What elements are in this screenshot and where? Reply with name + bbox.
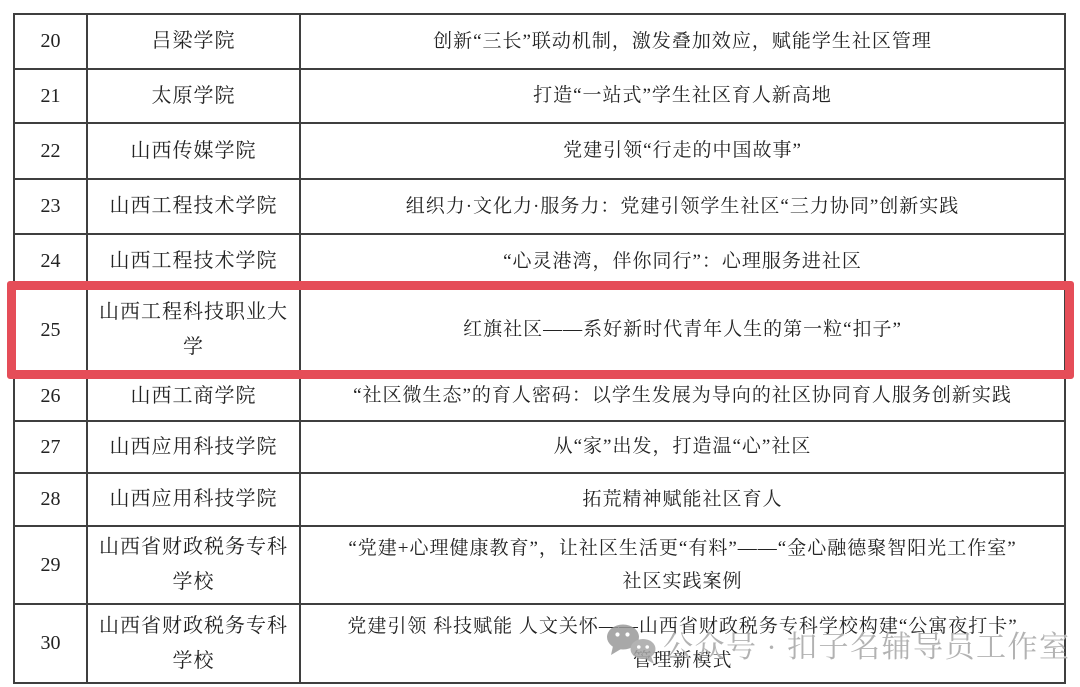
table-row: 29 山西省财政税务专科 学校 “党建+心理健康教育”，让社区生活更“有料”——… (15, 527, 1064, 605)
table-row: 22 山西传媒学院 党建引领“行走的中国故事” (15, 124, 1064, 180)
institution-cell: 山西工程科技职业大 学 (88, 290, 301, 370)
case-title-cell: 打造“一站式”学生社区育人新高地 (301, 70, 1064, 122)
institution-cell: 山西工程技术学院 (88, 180, 301, 233)
case-title-cell: 创新“三长”联动机制，激发叠加效应，赋能学生社区管理 (301, 15, 1064, 68)
case-title-cell: 红旗社区——系好新时代青年人生的第一粒“扣子” (301, 290, 1064, 370)
table-row: 26 山西工商学院 “社区微生态”的育人密码：以学生发展为导向的社区协同育人服务… (15, 372, 1064, 422)
row-number-cell: 24 (15, 235, 88, 288)
institution-cell: 山西工程技术学院 (88, 235, 301, 288)
case-title-cell: 从“家”出发，打造温“心”社区 (301, 422, 1064, 472)
row-number-cell: 20 (15, 15, 88, 68)
table-row: 23 山西工程技术学院 组织力·文化力·服务力：党建引领学生社区“三力协同”创新… (15, 180, 1064, 235)
row-number-cell: 25 (15, 290, 88, 370)
row-number-cell: 21 (15, 70, 88, 122)
row-number-cell: 30 (15, 605, 88, 682)
table-row: 30 山西省财政税务专科 学校 党建引领 科技赋能 人文关怀——山西省财政税务专… (15, 605, 1064, 682)
row-number-cell: 27 (15, 422, 88, 472)
row-number-cell: 22 (15, 124, 88, 178)
case-title-cell: 组织力·文化力·服务力：党建引领学生社区“三力协同”创新实践 (301, 180, 1064, 233)
institution-cell: 山西工商学院 (88, 372, 301, 420)
row-number-cell: 26 (15, 372, 88, 420)
case-title-cell: 党建引领 科技赋能 人文关怀——山西省财政税务专科学校构建“公寓夜打卡” 管理新… (301, 605, 1064, 682)
institution-cell: 山西传媒学院 (88, 124, 301, 178)
case-title-cell: 拓荒精神赋能社区育人 (301, 474, 1064, 525)
row-number-cell: 28 (15, 474, 88, 525)
table-row: 24 山西工程技术学院 “心灵港湾，伴你同行”：心理服务进社区 (15, 235, 1064, 290)
table-row: 28 山西应用科技学院 拓荒精神赋能社区育人 (15, 474, 1064, 527)
institution-cell: 太原学院 (88, 70, 301, 122)
table-row: 21 太原学院 打造“一站式”学生社区育人新高地 (15, 70, 1064, 124)
table-row: 25 山西工程科技职业大 学 红旗社区——系好新时代青年人生的第一粒“扣子” (15, 290, 1064, 372)
document-page: 20 吕梁学院 创新“三长”联动机制，激发叠加效应，赋能学生社区管理 21 太原… (0, 0, 1080, 687)
institution-cell: 山西应用科技学院 (88, 422, 301, 472)
case-title-cell: “社区微生态”的育人密码：以学生发展为导向的社区协同育人服务创新实践 (301, 372, 1064, 420)
institution-cell: 山西省财政税务专科 学校 (88, 527, 301, 603)
case-title-cell: “心灵港湾，伴你同行”：心理服务进社区 (301, 235, 1064, 288)
table-row: 27 山西应用科技学院 从“家”出发，打造温“心”社区 (15, 422, 1064, 474)
awards-table: 20 吕梁学院 创新“三长”联动机制，激发叠加效应，赋能学生社区管理 21 太原… (13, 13, 1066, 684)
row-number-cell: 29 (15, 527, 88, 603)
case-title-cell: 党建引领“行走的中国故事” (301, 124, 1064, 178)
institution-cell: 山西省财政税务专科 学校 (88, 605, 301, 682)
row-number-cell: 23 (15, 180, 88, 233)
table-row: 20 吕梁学院 创新“三长”联动机制，激发叠加效应，赋能学生社区管理 (15, 15, 1064, 70)
institution-cell: 山西应用科技学院 (88, 474, 301, 525)
institution-cell: 吕梁学院 (88, 15, 301, 68)
case-title-cell: “党建+心理健康教育”，让社区生活更“有料”——“金心融德聚智阳光工作室” 社区… (301, 527, 1064, 603)
